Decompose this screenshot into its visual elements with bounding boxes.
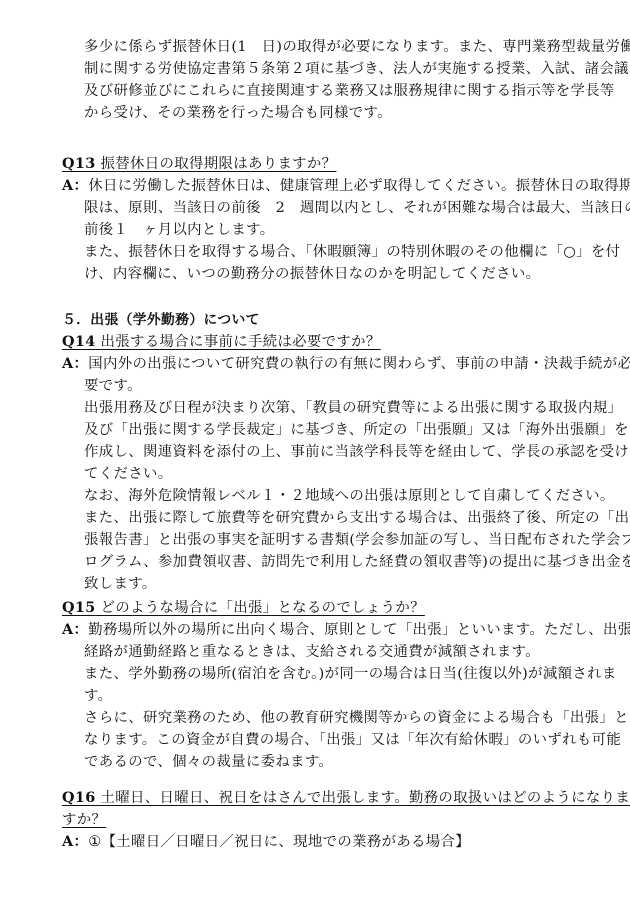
q14-answer-line: また、出張に際して旅費等を研究費から支出する場合は、出張終了後、所定の「出 bbox=[84, 507, 629, 529]
q14-question-text: 出張する場合に事前に手続は必要ですか？ bbox=[96, 334, 381, 350]
q16-question: Q16 土曜日、日曜日、祝日をはさんで出張します。勤務の取扱いはどのようになりま bbox=[62, 787, 630, 809]
q16-answer-first: A：①【土曜日／日曜日／祝日に、現地での業務がある場合】 bbox=[62, 831, 470, 853]
document-page: 多少に係らず振替休日(1 日)の取得が必要になります。また、専門業務型裁量労働 … bbox=[0, 0, 630, 903]
q13-answer-line: また、振替休日を取得する場合、「休暇願簿」の特別休暇のその他欄に「○」を付 bbox=[84, 241, 620, 263]
q13-answer-line: 前後１ ヶ月以内とします。 bbox=[84, 219, 274, 241]
answer-label: A： bbox=[62, 355, 88, 372]
q16-question-continued: すか？ bbox=[62, 809, 106, 831]
intro-line: から受け、その業務を行った場合も同様です。 bbox=[84, 102, 392, 124]
q14-answer-first: A：国内外の出張について研究費の執行の有無に関わらず、事前の申請・決裁手続が必 bbox=[62, 353, 630, 375]
q15-question-text: どのような場合に「出張」となるのでしょうか？ bbox=[96, 600, 425, 616]
answer-label: A： bbox=[62, 177, 88, 194]
q15-question: Q15 どのような場合に「出張」となるのでしょうか？ bbox=[62, 597, 425, 619]
q14-answer-line: ログラム、参加費領収書、訪問先で利用した経費の領収書等)の提出に基づき出金を bbox=[84, 551, 630, 573]
q13-question-text: 振替休日の取得期限はありますか？ bbox=[96, 156, 337, 172]
q15-answer-line: 経路が通勤経路と重なるときは、支給される交通費が減額されます。 bbox=[84, 641, 540, 663]
intro-line: 制に関する労使協定書第５条第２項に基づき、法人が実施する授業、入試、諸会議 bbox=[84, 58, 629, 80]
q14-question: Q14 出張する場合に事前に手続は必要ですか？ bbox=[62, 331, 381, 353]
q15-answer-line: す。 bbox=[84, 685, 112, 707]
q15-answer-line: なります。この資金が自費の場合、「出張」又は「年次有給休暇」のいずれも可能 bbox=[84, 729, 621, 751]
q14-number: Q14 bbox=[62, 333, 96, 350]
intro-line: 多少に係らず振替休日(1 日)の取得が必要になります。また、専門業務型裁量労働 bbox=[84, 36, 630, 58]
q14-answer-line: 致します。 bbox=[84, 573, 157, 595]
q13-number: Q13 bbox=[62, 155, 96, 172]
q16-number: Q16 bbox=[62, 789, 96, 806]
q15-answer-line: であるので、個々の裁量に委ねます。 bbox=[84, 751, 333, 773]
q15-answer-line: さらに、研究業務のため、他の教育研究機関等からの資金による場合も「出張」と bbox=[84, 707, 629, 729]
q15-answer-line: また、学外勤務の場所(宿泊を含む。)が同一の場合は日当(往復以外)が減額されま bbox=[84, 663, 617, 685]
q15-number: Q15 bbox=[62, 599, 96, 616]
q14-answer-line: 出張用務及び日程が決まり次第、「教員の研究費等による出張に関する取扱内規」 bbox=[84, 397, 622, 419]
q13-answer-first: A：休日に労働した振替休日は、健康管理上必ず取得してください。振替休日の取得期 bbox=[62, 175, 630, 197]
answer-label: A： bbox=[62, 833, 88, 850]
q14-answer-line: 作成し、関連資料を添付の上、事前に当該学科長等を経由して、学長の承認を受け bbox=[84, 441, 629, 463]
q14-answer-line: 要です。 bbox=[84, 375, 142, 397]
q15-answer-first: A：勤務場所以外の場所に出向く場合、原則として「出張」といいます。ただし、出張 bbox=[62, 619, 630, 641]
answer-label: A： bbox=[62, 621, 88, 638]
section-5-heading: ５．出張（学外勤務）について bbox=[62, 309, 260, 331]
intro-line: 及び研修並びにこれらに直接関連する業務又は服務規律に関する指示等を学長等 bbox=[84, 80, 615, 102]
q14-answer-line: なお、海外危険情報レベル１・２地域への出張は原則として自粛してください。 bbox=[84, 485, 615, 507]
q14-answer-line: 張報告書」と出張の事実を証明する書類(学会参加証の写し、当日配布された学会プ bbox=[84, 529, 630, 551]
q13-answer-line: け、内容欄に、いつの勤務分の振替休日なのかを明記してください。 bbox=[84, 263, 540, 285]
q14-answer-line: 及び「出張に関する学長裁定」に基づき、所定の「出張願」又は「海外出張願」を bbox=[84, 419, 629, 441]
q14-answer-line: てください。 bbox=[84, 463, 172, 485]
q16-question-text: 土曜日、日曜日、祝日をはさんで出張します。勤務の取扱いはどのようになりま bbox=[96, 790, 630, 806]
q13-question: Q13 振替休日の取得期限はありますか？ bbox=[62, 153, 336, 175]
q13-answer-line: 限は、原則、当該日の前後 2 週間以内とし、それが困難な場合は最大、当該日の bbox=[84, 197, 630, 219]
